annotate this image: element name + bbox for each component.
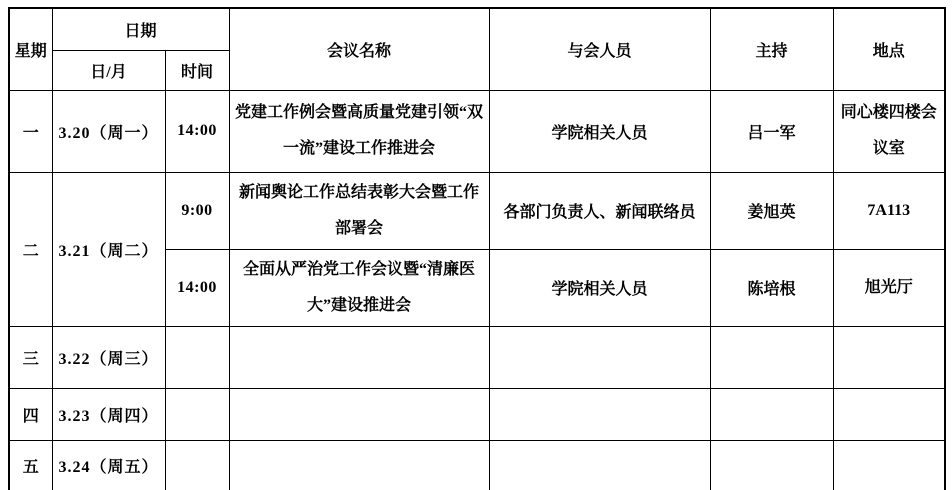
cell-mon-time: 14:00 bbox=[165, 90, 229, 172]
cell-mon-week: 一 bbox=[9, 90, 52, 172]
table-row-thursday: 四 3.23（周四） bbox=[9, 388, 945, 440]
cell-wed-date: 3.22（周三） bbox=[52, 326, 165, 388]
cell-tue-pm-meeting: 全面从严治党工作会议暨“清廉医大”建设推进会 bbox=[229, 249, 489, 326]
cell-fri-meeting bbox=[229, 440, 489, 490]
table-row-tuesday-am: 二 3.21（周二） 9:00 新闻舆论工作总结表彰大会暨工作部署会 各部门负责… bbox=[9, 172, 945, 249]
header-date-group: 日期 bbox=[52, 8, 229, 50]
table-row-monday: 一 3.20（周一） 14:00 党建工作例会暨高质量党建引领“双一流”建设工作… bbox=[9, 90, 945, 172]
cell-fri-location bbox=[833, 440, 945, 490]
cell-thu-date: 3.23（周四） bbox=[52, 388, 165, 440]
header-attendees: 与会人员 bbox=[489, 8, 710, 90]
cell-fri-week: 五 bbox=[9, 440, 52, 490]
header-day-month: 日/月 bbox=[52, 50, 165, 90]
table-row-wednesday: 三 3.22（周三） bbox=[9, 326, 945, 388]
header-location: 地点 bbox=[833, 8, 945, 90]
cell-thu-location bbox=[833, 388, 945, 440]
cell-wed-attendees bbox=[489, 326, 710, 388]
cell-wed-host bbox=[710, 326, 833, 388]
cell-thu-meeting bbox=[229, 388, 489, 440]
cell-wed-time bbox=[165, 326, 229, 388]
cell-tue-date: 3.21（周二） bbox=[52, 172, 165, 326]
cell-tue-am-host: 姜旭英 bbox=[710, 172, 833, 249]
cell-thu-attendees bbox=[489, 388, 710, 440]
cell-mon-location: 同心楼四楼会议室 bbox=[833, 90, 945, 172]
header-host: 主持 bbox=[710, 8, 833, 90]
cell-fri-time bbox=[165, 440, 229, 490]
cell-thu-time bbox=[165, 388, 229, 440]
cell-tue-pm-location: 旭光厅 bbox=[833, 249, 945, 326]
cell-tue-pm-attendees: 学院相关人员 bbox=[489, 249, 710, 326]
cell-tue-week: 二 bbox=[9, 172, 52, 326]
cell-mon-attendees: 学院相关人员 bbox=[489, 90, 710, 172]
cell-thu-week: 四 bbox=[9, 388, 52, 440]
cell-wed-meeting bbox=[229, 326, 489, 388]
cell-tue-pm-host: 陈培根 bbox=[710, 249, 833, 326]
header-row-top: 星期 日期 会议名称 与会人员 主持 地点 bbox=[9, 8, 945, 50]
cell-thu-host bbox=[710, 388, 833, 440]
cell-tue-am-meeting: 新闻舆论工作总结表彰大会暨工作部署会 bbox=[229, 172, 489, 249]
document-page: 星期 日期 会议名称 与会人员 主持 地点 日/月 时间 一 3.20（周一） … bbox=[0, 0, 952, 490]
cell-tue-am-location: 7A113 bbox=[833, 172, 945, 249]
cell-fri-date: 3.24（周五） bbox=[52, 440, 165, 490]
cell-tue-am-attendees: 各部门负责人、新闻联络员 bbox=[489, 172, 710, 249]
cell-fri-attendees bbox=[489, 440, 710, 490]
header-time: 时间 bbox=[165, 50, 229, 90]
cell-fri-host bbox=[710, 440, 833, 490]
cell-mon-host: 吕一军 bbox=[710, 90, 833, 172]
header-meeting: 会议名称 bbox=[229, 8, 489, 90]
cell-mon-date: 3.20（周一） bbox=[52, 90, 165, 172]
cell-wed-location bbox=[833, 326, 945, 388]
header-week: 星期 bbox=[9, 8, 52, 90]
table-row-friday: 五 3.24（周五） bbox=[9, 440, 945, 490]
cell-tue-pm-time: 14:00 bbox=[165, 249, 229, 326]
cell-mon-meeting: 党建工作例会暨高质量党建引领“双一流”建设工作推进会 bbox=[229, 90, 489, 172]
meeting-schedule-table: 星期 日期 会议名称 与会人员 主持 地点 日/月 时间 一 3.20（周一） … bbox=[8, 7, 946, 490]
cell-wed-week: 三 bbox=[9, 326, 52, 388]
cell-tue-am-time: 9:00 bbox=[165, 172, 229, 249]
